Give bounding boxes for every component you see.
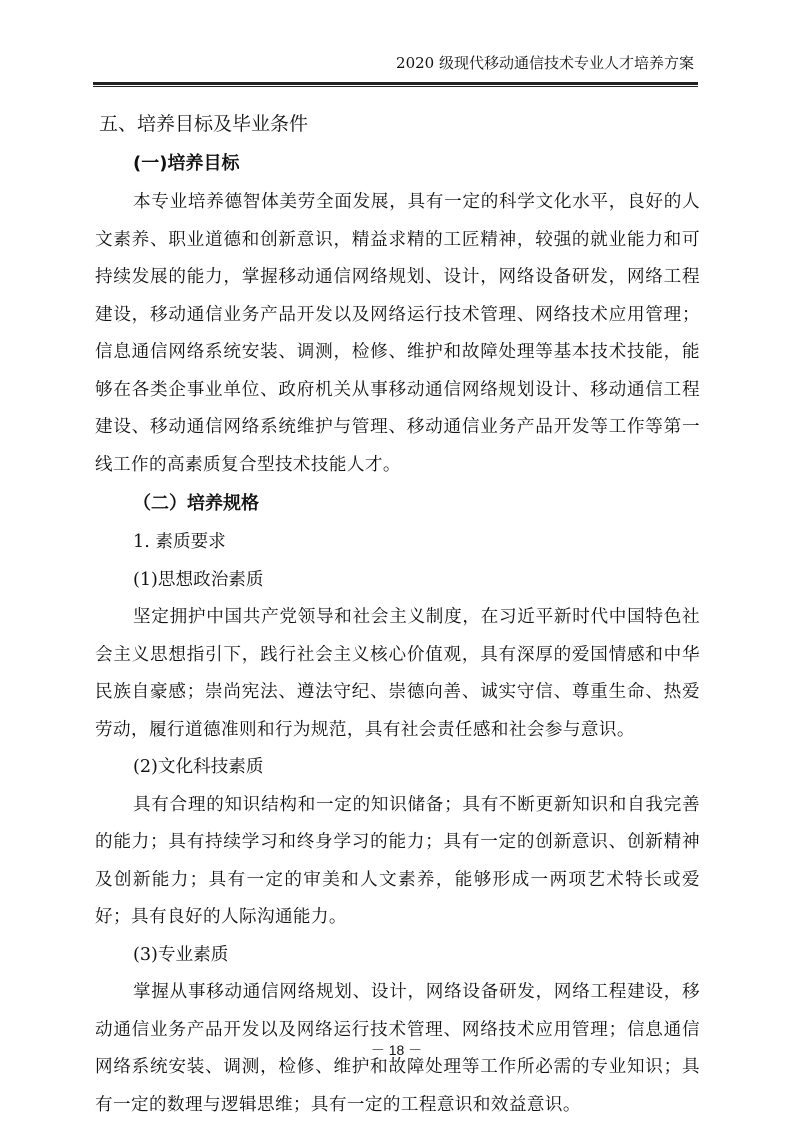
subsection-title-training-specs: （二）培养规格 xyxy=(133,484,700,524)
political-quality-paragraph: 坚定拥护中国共产党领导和社会主义制度，在习近平新时代中国特色社会主义思想指引下，… xyxy=(95,599,700,749)
document-body: 五、培养目标及毕业条件 (一)培养目标 本专业培养德智体美劳全面发展，具有一定的… xyxy=(95,104,700,1122)
quality-requirements-title: 1. 素质要求 xyxy=(133,524,700,562)
cultural-quality-title: (2)文化科技素质 xyxy=(133,749,700,787)
header-rule-divider xyxy=(93,82,698,87)
professional-quality-title: (3)专业素质 xyxy=(133,937,700,975)
political-quality-title: (1)思想政治素质 xyxy=(133,562,700,600)
training-goals-paragraph: 本专业培养德智体美劳全面发展，具有一定的科学文化水平，良好的人文素养、职业道德和… xyxy=(95,184,700,484)
running-header: 2020 级现代移动通信技术专业人才培养方案 xyxy=(93,52,698,74)
section-title: 五、培养目标及毕业条件 xyxy=(99,104,700,144)
page-number: － 18 － xyxy=(0,1040,793,1060)
subsection-title-training-goals: (一)培养目标 xyxy=(133,144,700,184)
cultural-quality-paragraph: 具有合理的知识结构和一定的知识储备；具有不断更新知识和自我完善的能力；具有持续学… xyxy=(95,787,700,937)
